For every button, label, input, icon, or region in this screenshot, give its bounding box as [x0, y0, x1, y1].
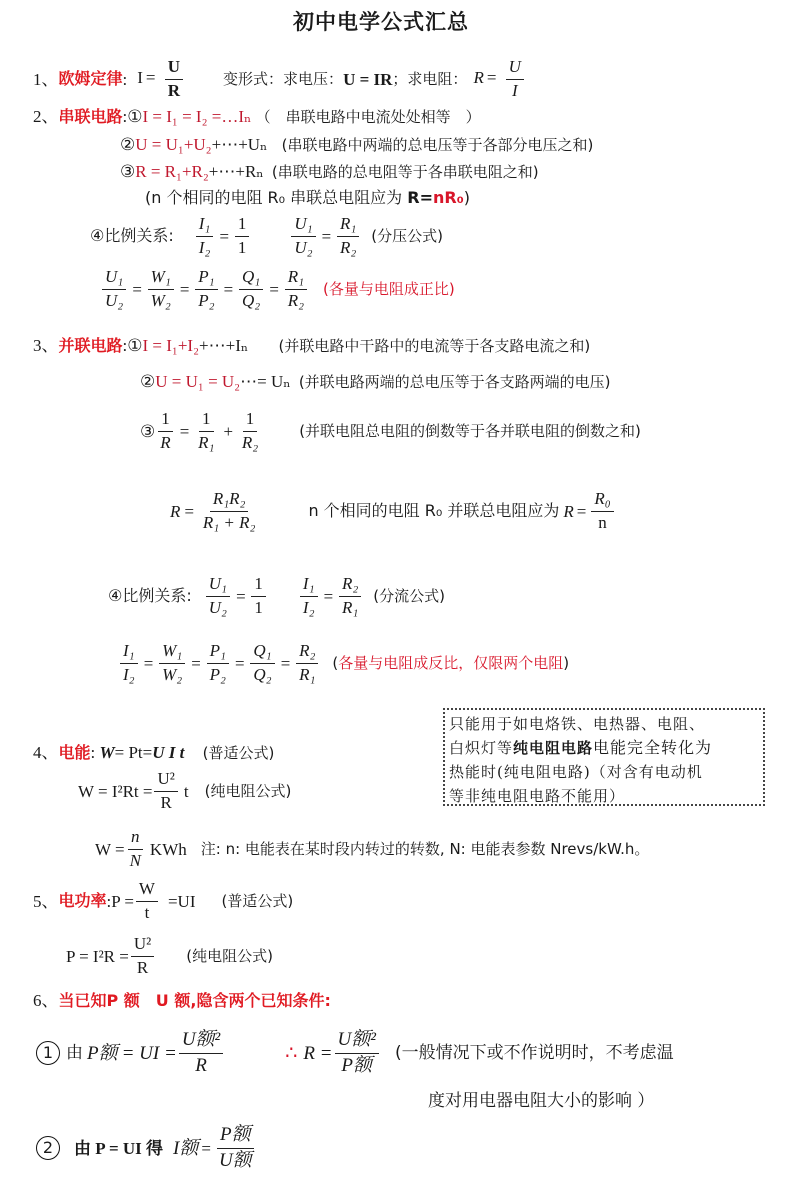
energy-meter-note: 注: n: 电能表在某时段内转过的转数, N: 电能表参数 Nrevs/kW.h… [201, 842, 650, 857]
item-marker: ② [140, 372, 155, 391]
reciprocal-formula: 1R= 1R₁+ 1R₂ [155, 410, 263, 452]
fraction-denominator: I [509, 80, 521, 101]
fraction-denominator: U额 [216, 1149, 255, 1172]
note-text: 各量与电阻成反比，仅限两个电阻 [338, 654, 563, 672]
current-divider-note: (分流公式) [373, 589, 445, 604]
fraction-denominator: n [595, 512, 610, 533]
formula-lhs: R = [303, 1044, 332, 1063]
callout-line: 热能时(纯电阻电路)（对含有电动机 [449, 760, 759, 784]
fraction-denominator: P₂ [207, 664, 229, 685]
fraction-denominator: R₂ [337, 237, 359, 258]
series-ratio-row: ④比例关系: I₁I₂= 11 U₁U₂= R₁R₂ (分压公式) [90, 215, 443, 257]
fraction-numerator: U [506, 58, 524, 80]
section-number: 2、 [33, 107, 59, 126]
series-proportional-chain: U₁U₂= W₁W₂= P₁P₂= Q₁Q₂= R₁R₂ (各量与电阻成正比) [100, 268, 455, 310]
series-current-formula: I = I₁ = I₂ =…Iₙ [143, 107, 252, 126]
voltage-divider-note: (分压公式) [371, 229, 443, 244]
section-parallel-circuit: 3、并联电路:①I = I₁+I₂+⋯+Iₙ (并联电路中干路中的电流等于各支路… [33, 337, 590, 354]
fraction-numerator: P额 [217, 1125, 254, 1149]
pure-resistance-note: (纯电阻公式) [186, 949, 273, 964]
parallel-ratio-row: ④比例关系: U₁U₂= 11 I₁I₂= R₂R₁ (分流公式) [108, 575, 445, 617]
fraction-numerator: Q₁ [239, 268, 263, 290]
formula-lhs: R [473, 68, 483, 87]
fraction-denominator: R₂ [239, 432, 261, 453]
ratio-label: ④比例关系: [90, 228, 174, 244]
fraction-numerator: W₁ [159, 642, 185, 664]
fraction-denominator: 1 [235, 237, 250, 258]
fraction-denominator: R₁ [339, 597, 361, 618]
note-text: (n 个相同的电阻 R₀ 串联总电阻应为 [145, 188, 407, 207]
energy-meter-row: W = nN KWh 注: n: 电能表在某时段内转过的转数, N: 电能表参数… [95, 828, 649, 870]
current-ratio: I₁I₂= 11 [194, 215, 252, 257]
series-voltage-row: ②U = U₁+U₂+⋯+Uₙ (串联电路中两端的总电压等于各部分电压之和) [120, 136, 593, 153]
energy-pure-resistance-row: W = I²Rt = U²R t (纯电阻公式) [78, 770, 291, 812]
formula-lhs: R [563, 503, 573, 520]
variant-separator: ；求电阻： [392, 72, 467, 87]
section-heading: 并联电路 [59, 336, 123, 355]
formula-rest: +⋯+Rₙ [209, 162, 264, 181]
temperature-note-continued: 度对用电器电阻大小的影响 ） [428, 1093, 654, 1110]
fraction-numerator: W₁ [148, 268, 174, 290]
parallel-voltage-formula: U = U₁ = U₂ [155, 372, 240, 391]
fraction-numerator: R₁R₂ [210, 490, 249, 512]
formula-rest: +⋯+Iₙ [199, 336, 248, 355]
fraction-numerator: P₁ [195, 268, 217, 290]
fraction-denominator: U₂ [206, 597, 230, 618]
fraction-numerator: R₀ [591, 490, 613, 512]
resistance-formula: R= UI [473, 58, 526, 100]
formula-mid: = Pt= [115, 743, 153, 762]
fraction-denominator: R [158, 792, 175, 813]
circled-number: 1 [36, 1041, 60, 1065]
parallel-current-note: (并联电路中干路中的电流等于各支路电流之和) [278, 337, 590, 355]
paren: ) [563, 654, 569, 672]
fraction-numerator: W [136, 880, 158, 902]
parallel-current-formula: I = I₁+I₂ [143, 336, 200, 355]
fraction-denominator: R₁ [296, 664, 318, 685]
section-heading: 电功率 [59, 893, 107, 909]
fraction-denominator: R [165, 80, 183, 101]
note-r: R= [407, 188, 433, 207]
fraction-numerator: U₁ [291, 215, 315, 237]
formula-rest: ⋯= Uₙ [240, 372, 290, 391]
n-resistor-formula: R= R₀n [563, 490, 615, 532]
fraction-denominator: Q₂ [239, 290, 263, 311]
power-pure-resistance-row: P = I²R = U²R (纯电阻公式) [66, 935, 273, 977]
series-resistance-row: ③R = R₁+R₂+⋯+Rₙ (串联电路的总电阻等于各串联电阻之和) [120, 163, 539, 180]
pure-resistance-callout-box: 只能用于如电烙铁、电热器、电阻、 白炽灯等纯电阻电路电能完全转化为 热能时(纯电… [443, 708, 765, 806]
parallel-n-resistors-note: n 个相同的电阻 R₀ 并联总电阻应为 [308, 503, 559, 519]
fraction-numerator: R₂ [339, 575, 361, 597]
series-voltage-note: (串联电路中两端的总电压等于各部分电压之和) [282, 136, 594, 154]
fraction-denominator: N [127, 850, 144, 871]
formula-mid: = UI = [122, 1044, 177, 1063]
fraction-numerator: I₁ [196, 215, 214, 237]
fraction-numerator: U₁ [206, 575, 230, 597]
parallel-reciprocal-note: (并联电阻总电阻的倒数等于各并联电阻的倒数之和) [299, 424, 641, 439]
formula-prefix: P = I²R = [66, 948, 129, 965]
fraction-numerator: n [128, 828, 143, 850]
formula-prefix: W = I²Rt = [78, 783, 152, 800]
circled-number: 2 [36, 1136, 60, 1160]
fraction-numerator: 1 [235, 215, 250, 237]
general-formula-note: (普适公式) [203, 744, 275, 762]
parallel-voltage-row: ②U = U₁ = U₂⋯= Uₙ (并联电路两端的总电压等于各支路两端的电压) [140, 373, 611, 390]
fraction-numerator: U额² [179, 1030, 223, 1054]
section-series-circuit: 2、串联电路:①I = I₁ = I₂ =…Iₙ （ 串联电路中电流处处相等 ） [33, 108, 481, 125]
rated-condition-2: 2 由 P = UI 得 I额= P额U额 [36, 1125, 257, 1172]
section-electric-energy: 4、电能: W= Pt=U I t (普适公式) [33, 744, 274, 761]
fraction-numerator: U额² [335, 1030, 379, 1054]
colon: : [123, 71, 128, 88]
temperature-note: (一般情况下或不作说明时，不考虑温 [395, 1045, 674, 1062]
fraction-numerator: I₁ [120, 642, 138, 664]
text-you: 由 [66, 1045, 83, 1062]
fraction-numerator: U [165, 58, 183, 80]
variant-label: 变形式：求电压： [223, 72, 343, 87]
therefore-symbol: ∴ [285, 1044, 297, 1063]
section-heading: 当已知P 额 U 额,隐含两个已知条件: [59, 991, 331, 1010]
fraction-numerator: Q₁ [250, 642, 274, 664]
formula-uit: U I t [152, 743, 184, 762]
callout-text: 电能完全转化为 [593, 738, 712, 757]
parallel-reciprocal-row: ③ 1R= 1R₁+ 1R₂ (并联电阻总电阻的倒数等于各并联电阻的倒数之和) [140, 410, 641, 452]
fraction-denominator: R [192, 1054, 210, 1077]
fraction-denominator: R [134, 957, 151, 978]
section-heading: 欧姆定律 [59, 71, 123, 87]
formula-prefix: P = [111, 893, 134, 910]
series-voltage-formula: U = U₁+U₂ [135, 135, 211, 154]
fraction-numerator: R₁ [337, 215, 359, 237]
formula-lhs: I [137, 68, 143, 87]
fraction-numerator: I₁ [300, 575, 318, 597]
fraction-denominator: R₁ + R₂ [200, 512, 259, 533]
parallel-voltage-note: (并联电路两端的总电压等于各支路两端的电压) [299, 373, 611, 391]
fraction-numerator: U² [131, 935, 154, 957]
item-marker: ② [120, 135, 135, 154]
callout-line: 等非纯电阻电路不能用） [449, 784, 759, 808]
fraction-numerator: 1 [199, 410, 214, 432]
note-close: ) [464, 188, 470, 207]
item-marker: ① [127, 107, 142, 126]
section-ohms-law: 1、 欧姆定律 : I= UR 变形式：求电压： U = IR ；求电阻： R=… [33, 58, 526, 100]
current-ratio: I₁I₂= R₂R₁ [298, 575, 363, 617]
fraction-denominator: I₂ [300, 597, 318, 618]
section-rated-values: 6、当已知P 额 U 额,隐含两个已知条件: [33, 992, 331, 1009]
section-number: 5、 [33, 893, 59, 910]
section-electric-power: 5、电功率: P = Wt =UI (普适公式) [33, 880, 293, 922]
fraction-denominator: W₂ [159, 664, 185, 685]
section-heading: 串联电路 [59, 107, 123, 126]
series-resistance-formula: R = R₁+R₂ [135, 162, 209, 181]
fraction-denominator: t [142, 902, 153, 923]
formula-lhs: R [170, 503, 180, 520]
general-formula-note: (普适公式) [222, 894, 294, 909]
series-current-note: （ 串联电路中电流处处相等 ） [256, 108, 481, 126]
fraction-numerator: 1 [158, 410, 173, 432]
callout-line: 只能用于如电烙铁、电热器、电阻、 [449, 712, 759, 736]
fraction-denominator: I₂ [120, 664, 138, 685]
two-resistor-formula: R= R₁R₂R₁ + R₂ [170, 490, 260, 532]
formula-prefix: W = [95, 841, 125, 858]
fraction-denominator: R [157, 432, 173, 453]
rated-current: I额 [173, 1139, 198, 1158]
item-marker: ① [127, 336, 142, 355]
fraction-denominator: R₂ [285, 290, 307, 311]
ratio-chain: U₁U₂= W₁W₂= P₁P₂= Q₁Q₂= R₁R₂ [100, 268, 309, 310]
section-number: 6、 [33, 991, 59, 1010]
formula-prefix: 由 P = UI 得 [74, 1140, 163, 1157]
note-nr: nR₀ [433, 188, 464, 207]
fraction-denominator: U₂ [291, 237, 315, 258]
fraction-denominator: I₂ [196, 237, 214, 258]
ratio-label: ④比例关系: [108, 588, 192, 604]
section-number: 4、 [33, 743, 59, 762]
fraction-numerator: R₂ [296, 642, 318, 664]
formula-rest: +⋯+Uₙ [212, 135, 268, 154]
fraction-numerator: 1 [243, 410, 258, 432]
variant-voltage-formula: U = IR [343, 71, 392, 88]
section-number: 3、 [33, 336, 59, 355]
two-resistor-parallel-row: R= R₁R₂R₁ + R₂ n 个相同的电阻 R₀ 并联总电阻应为 R= R₀… [170, 490, 616, 532]
fraction-numerator: 1 [251, 575, 266, 597]
series-resistance-note: (串联电路的总电阻等于各串联电阻之和) [272, 163, 539, 181]
pure-resistance-note: (纯电阻公式) [205, 784, 292, 799]
inverse-proportional-note: (各量与电阻成反比，仅限两个电阻) [332, 656, 569, 671]
rated-condition-1: 1 由 P额 = UI = U额²R ∴ R = U额²P额 (一般情况下或不作… [36, 1030, 674, 1077]
unit: KWh [150, 841, 187, 858]
ratio-chain: I₁I₂= W₁W₂= P₁P₂= Q₁Q₂= R₂R₁ [118, 642, 320, 684]
fraction-numerator: R₁ [285, 268, 307, 290]
callout-text: 白炽灯等 [449, 739, 513, 757]
fraction-denominator: Q₂ [250, 664, 274, 685]
page-title: 初中电学公式汇总 [293, 12, 469, 33]
ohm-formula: I= UR [137, 58, 185, 100]
parallel-inverse-chain: I₁I₂= W₁W₂= P₁P₂= Q₁Q₂= R₂R₁ (各量与电阻成反比，仅… [118, 642, 569, 684]
rated-power: P额 [87, 1044, 118, 1063]
fraction-denominator: 1 [251, 597, 266, 618]
fraction-denominator: P额 [338, 1054, 375, 1077]
fraction-numerator: U₁ [102, 268, 126, 290]
callout-bold-text: 纯电阻电路 [513, 739, 593, 757]
section-heading: 电能 [59, 743, 91, 762]
voltage-ratio: U₁U₂= R₁R₂ [289, 215, 361, 257]
proportional-note: (各量与电阻成正比) [323, 282, 455, 297]
voltage-ratio: U₁U₂= 11 [204, 575, 268, 617]
formula-w: W [100, 743, 115, 762]
fraction-denominator: W₂ [148, 290, 174, 311]
fraction-denominator: U₂ [102, 290, 126, 311]
formula-suffix: t [184, 783, 189, 800]
fraction-denominator: P₂ [195, 290, 217, 311]
fraction-numerator: P₁ [207, 642, 229, 664]
item-marker: ③ [140, 423, 155, 440]
fraction-numerator: U² [154, 770, 177, 792]
callout-line: 白炽灯等纯电阻电路电能完全转化为 [449, 736, 759, 760]
formula-suffix: =UI [168, 893, 196, 910]
fraction-denominator: R₁ [195, 432, 217, 453]
section-number: 1、 [33, 71, 59, 88]
series-n-resistors-note: (n 个相同的电阻 R₀ 串联总电阻应为 R=nR₀) [145, 190, 470, 206]
item-marker: ③ [120, 162, 135, 181]
